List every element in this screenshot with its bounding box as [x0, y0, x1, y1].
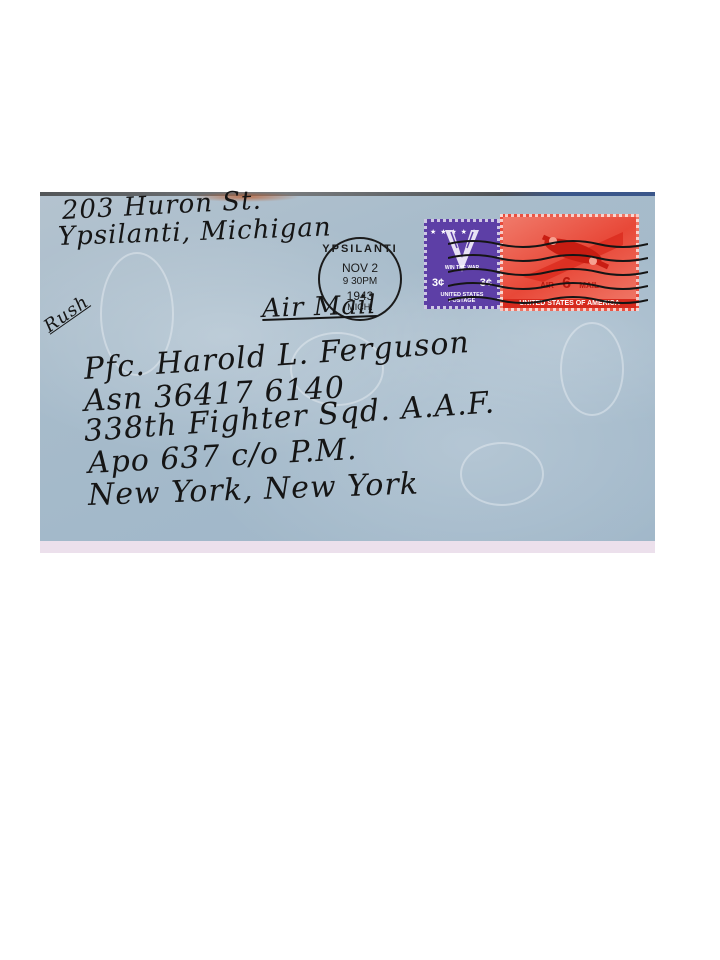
air-mail-annotation: Air Mail — [261, 290, 377, 324]
paper-pattern — [460, 442, 544, 506]
postmark-city: YPSILANTI — [320, 243, 400, 255]
stamp-denomination: 6 — [562, 275, 571, 292]
airplane-icon — [523, 227, 623, 282]
stamp-caption: UNITED STATES OF AMERICA — [503, 299, 636, 308]
postmark-date: NOV 2 — [320, 261, 400, 275]
envelope-bottom-strip — [40, 541, 655, 553]
win-the-war-stamp: ★ ★ ★ ★ ★ WIN THE WAR 3¢ 3¢ UNITED STATE… — [424, 219, 500, 309]
stamp-caption: UNITED STATES POSTAGE — [427, 292, 497, 304]
postmark-time: 9 30PM — [320, 276, 400, 287]
stamp-denominations: 3¢ 3¢ — [427, 277, 497, 289]
mail-label: MAIL — [579, 281, 599, 290]
air-mail-stamp: AIR 6 MAIL UNITED STATES OF AMERICA — [500, 214, 639, 311]
paper-pattern — [560, 322, 624, 416]
denomination-right: 3¢ — [480, 277, 492, 289]
air-label: AIR — [540, 281, 554, 290]
stamp-slogan: WIN THE WAR — [427, 265, 497, 271]
air-mail-label: AIR 6 MAIL — [503, 275, 636, 293]
denomination-left: 3¢ — [432, 277, 444, 289]
